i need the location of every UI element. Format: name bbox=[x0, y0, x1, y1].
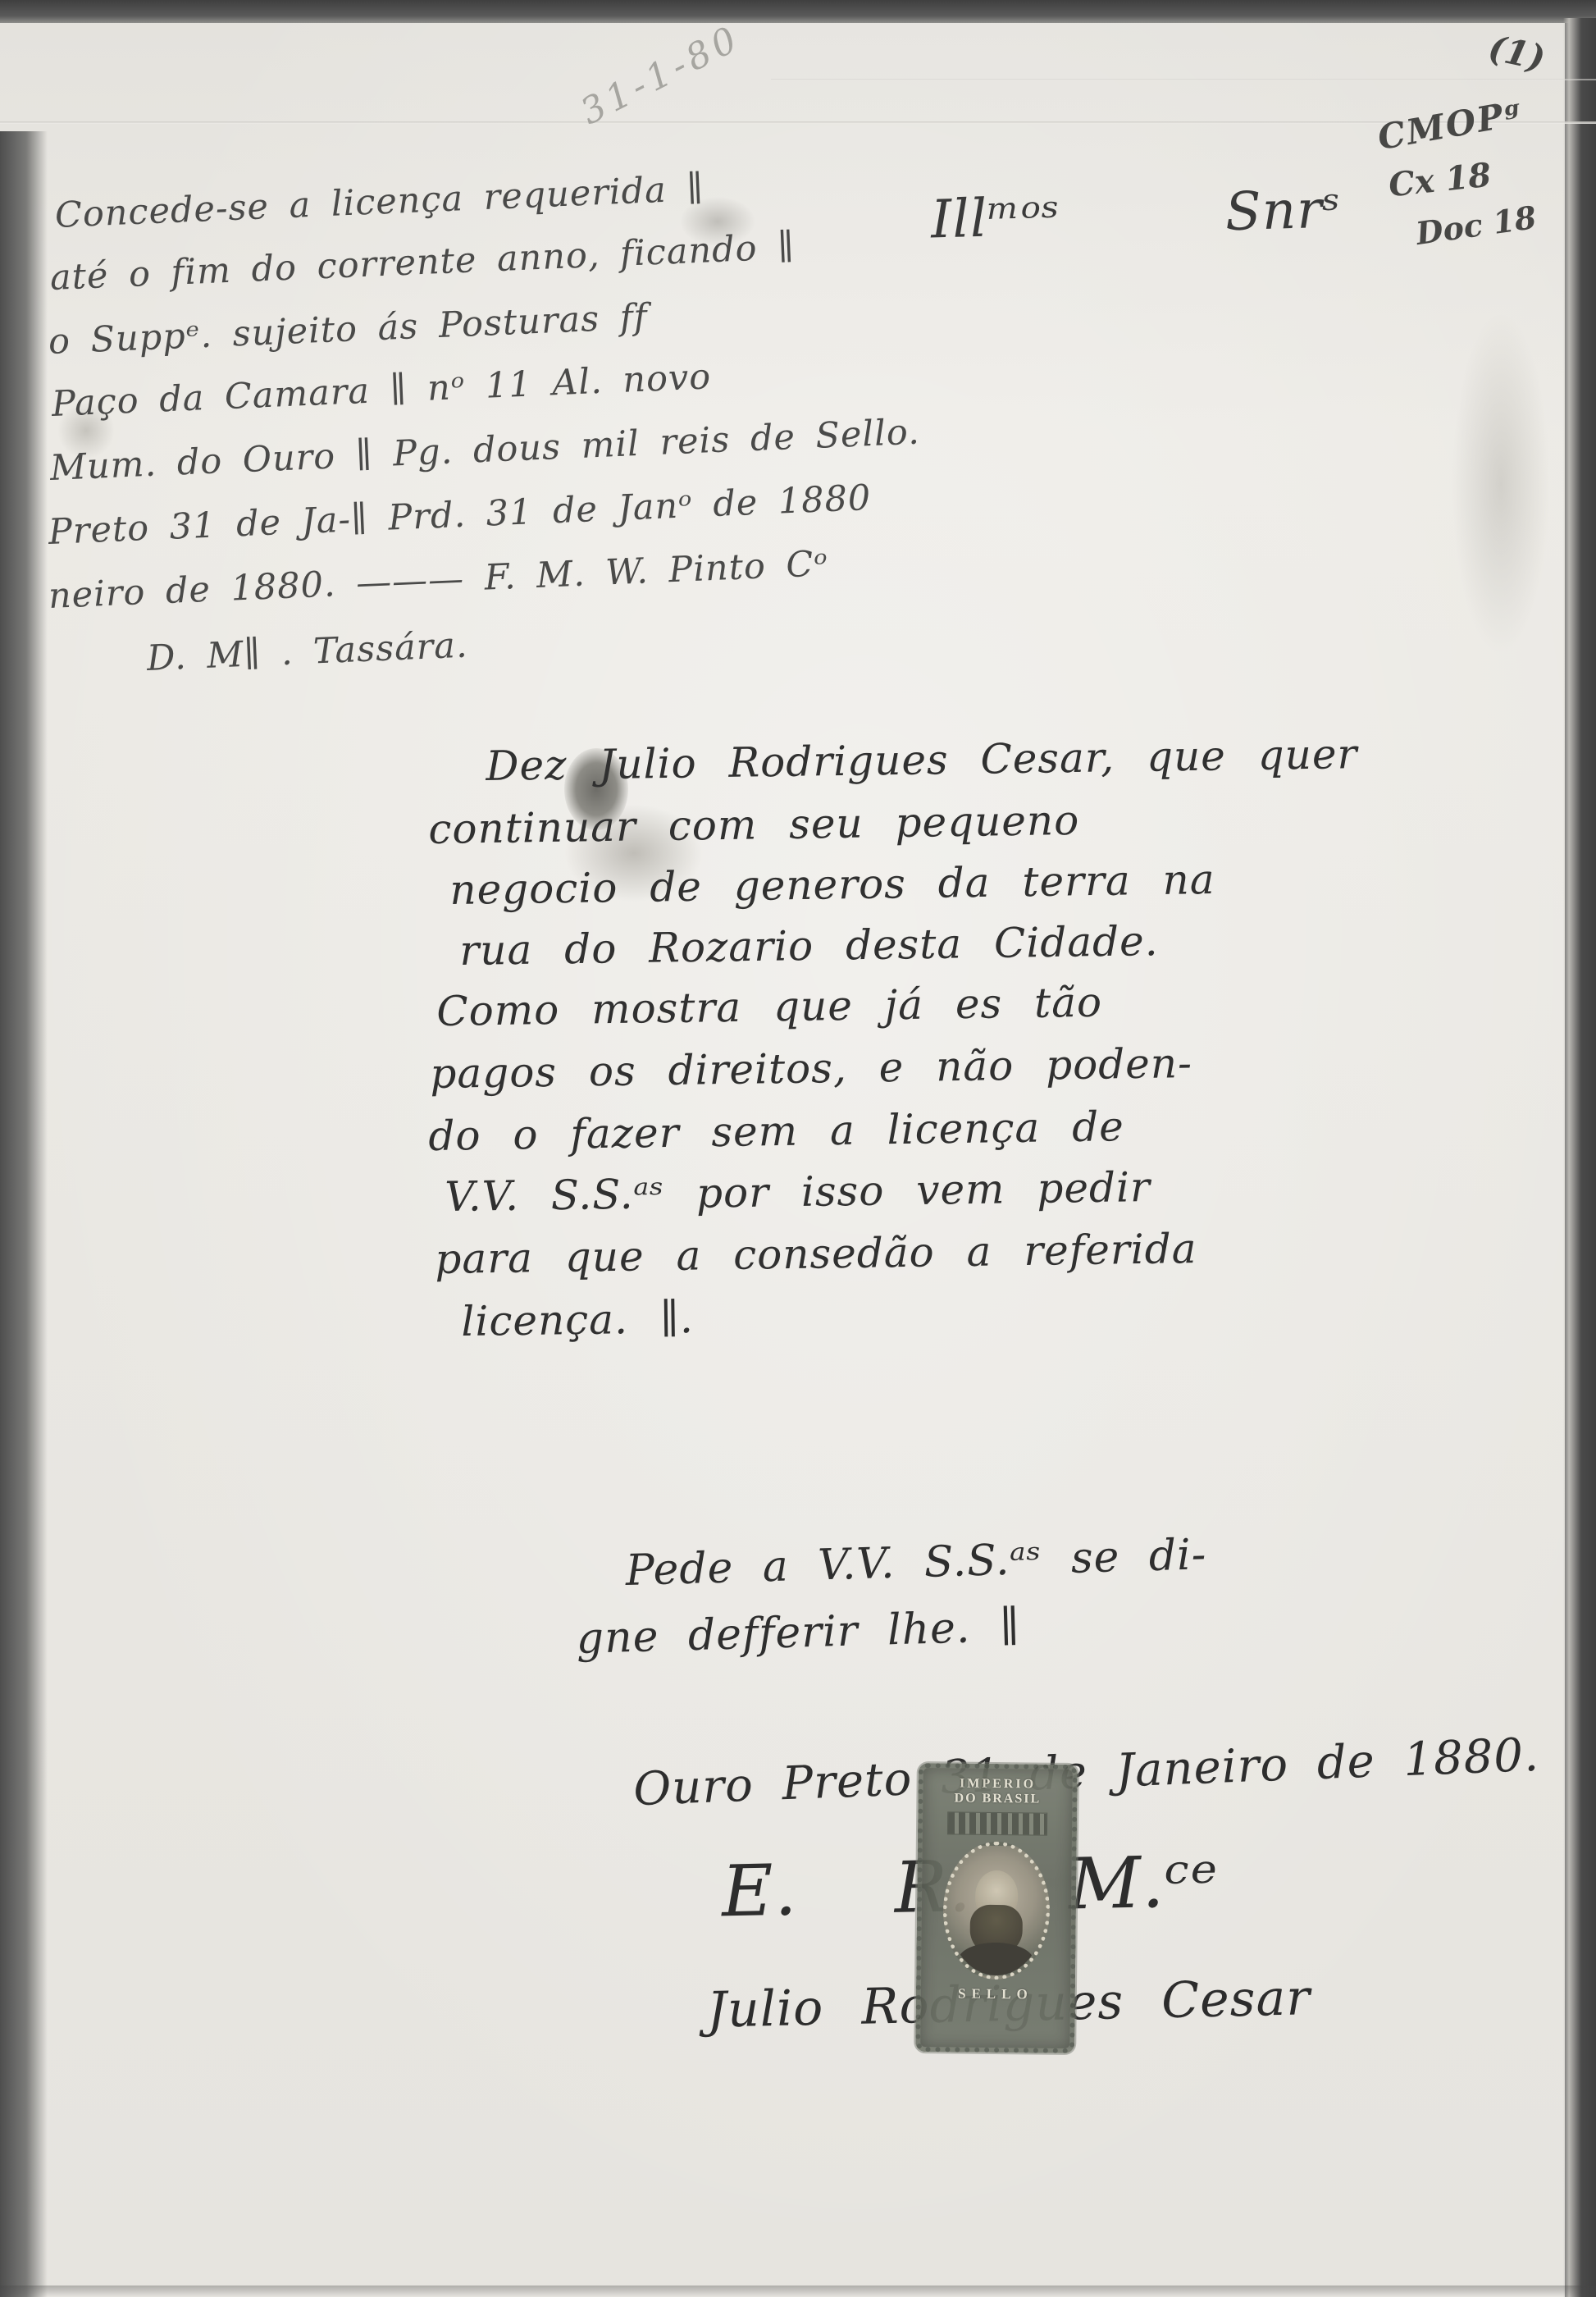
body-line: do o fazer sem a licença de bbox=[428, 1103, 1124, 1160]
photo-edge-left bbox=[0, 131, 48, 2297]
revenue-stamp: IMPERIO DO BRASIL SELLO bbox=[915, 1763, 1078, 2053]
photo-edge-top bbox=[0, 0, 1596, 23]
emperor-portrait-coat bbox=[958, 1942, 1033, 1979]
paper-edge-line bbox=[771, 79, 1596, 80]
stamp-header-line1: IMPERIO bbox=[960, 1777, 1036, 1792]
paper-smudge bbox=[1452, 312, 1550, 656]
body-line: continuar com seu pequeno bbox=[428, 797, 1080, 853]
stamp-footer-label: SELLO bbox=[958, 1985, 1033, 2002]
body-line: Como mostra que já es tão bbox=[436, 979, 1102, 1035]
photo-edge-bottom bbox=[0, 2286, 1596, 2297]
body-line: licença. ∥. bbox=[461, 1295, 694, 1345]
body-line: V.V. S.S.ᵃˢ por isso vem pedir bbox=[445, 1163, 1151, 1221]
scanned-document-photo: (1) CMOPᵍ Cx 18 Doc 18 31-1-80 Illᵐᵒˢ Sn… bbox=[0, 0, 1596, 2297]
stamp-header-line2: DO BRASIL bbox=[954, 1792, 1041, 1807]
body-line: rua do Rozario desta Cidade. bbox=[459, 917, 1159, 975]
paper-crease bbox=[0, 121, 1596, 124]
paper-sheet bbox=[0, 21, 1565, 2297]
photo-edge-right bbox=[1563, 18, 1596, 2297]
salutation: Illᵐᵒˢ Snrˢ bbox=[930, 179, 1342, 250]
stamp-ornament-band bbox=[947, 1811, 1047, 1835]
stamp-portrait-oval bbox=[942, 1841, 1051, 1980]
